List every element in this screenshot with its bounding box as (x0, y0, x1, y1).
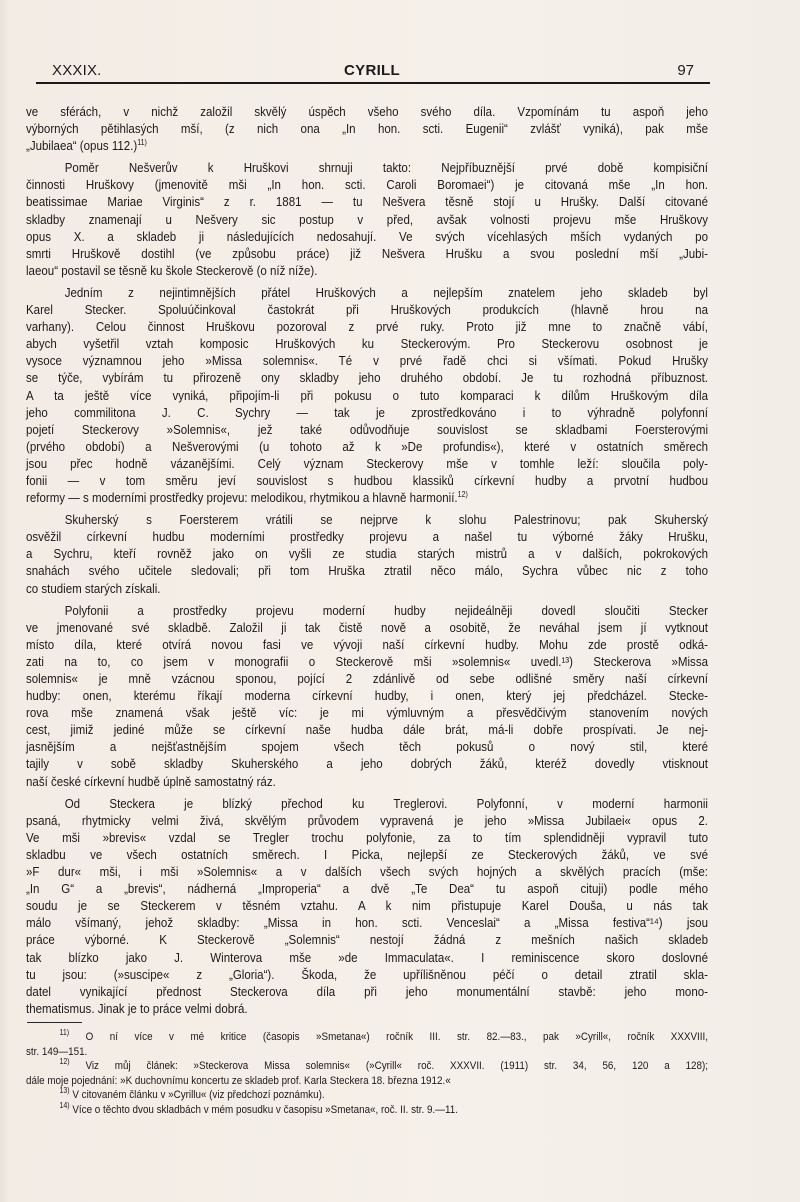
running-header: XXXIX. CYRILL 97 (36, 62, 708, 82)
text-line: jeho commilitona J. C. Sychry — tak je z… (26, 404, 708, 421)
text-line: solemnis« je mně vzácnou sponou, pojící … (26, 670, 708, 687)
text-line: jasnějším a nejšťastnějším spojem všech … (26, 738, 708, 755)
footnote-separator (27, 1022, 82, 1023)
text-line: »F dur« mši, i mši »Solemnis« a v dalšíc… (26, 863, 708, 880)
text-line: málo všímaný, jehož skladby: „Missa in h… (26, 914, 708, 931)
text-line: tajily v sobě skladby Skuherského a jeho… (26, 755, 708, 772)
text-line: výborných pětihlasých mší, (z nich ona „… (26, 120, 708, 137)
text-line: ve sférách, v nichž založil skvělý úspěc… (26, 103, 708, 120)
text-line: soudu je se Steckerem v těsném vztahu. A… (26, 897, 708, 914)
text-line: Karel Stecker. Spoluúčinkoval častokrát … (26, 301, 708, 318)
text-line: Poměr Nešverův k Hruškovi shrnuji takto:… (26, 159, 708, 176)
text-line: práce výborné. K Steckerově „Solemnis“ n… (26, 931, 708, 948)
journal-title: CYRILL (36, 62, 708, 79)
text-line: varhany). Celou činnost Hruškovu pozorov… (26, 318, 708, 335)
footnote-marker: 13) (59, 1086, 69, 1095)
text-line: Polyfonii a prostředky projevu moderní h… (26, 602, 708, 619)
text-line: se týče, vybírám tu přirozeně ony skladb… (26, 369, 708, 386)
footnote-14: 14) Více o těchto dvou skladbách v mém p… (26, 1103, 708, 1118)
text-line: vysoce významnou jeho »Missa solemnis«. … (26, 352, 708, 369)
text-line: místo díla, které otvírá novou fasi ve v… (26, 636, 708, 653)
text-line: pojetí Steckerovy »Solemnis«, jež také o… (26, 421, 708, 438)
footnote-line: 12) Viz můj článek: »Steckerova Missa so… (26, 1059, 708, 1074)
footnote-line: 11) O ní více v mé kritice (časopis »Sme… (26, 1030, 708, 1045)
paragraph: Poměr Nešverův k Hruškovi shrnuji takto:… (26, 159, 708, 279)
text-line: Od Steckera je blízký přechod ku Tregler… (26, 795, 708, 812)
footnotes: 11) O ní více v mé kritice (časopis »Sme… (26, 1030, 708, 1117)
text-line: psaná, rhytmicky velmi živá, skvělým prů… (26, 812, 708, 829)
text-line: „Jubilaea“ (opus 112.)11) (26, 137, 708, 154)
text-line: cest, jimiž jediné může se církevní naše… (26, 721, 708, 738)
text-line: fonii — v tom směru jeví souvislost s hu… (26, 472, 708, 489)
text-line: jsou přec hodně vázanějšími. Celý význam… (26, 455, 708, 472)
paragraph: ve sférách, v nichž založil skvělý úspěc… (26, 103, 708, 154)
text-line: datel vynikající přednost Steckerova díl… (26, 983, 708, 1000)
text-line: Skuherský s Foersterem vrátili se nejprv… (26, 511, 708, 528)
text-line: skladby znamenají u Nešvery sic postup v… (26, 211, 708, 228)
footnote-marker: 14) (59, 1101, 69, 1110)
footnote-ref[interactable]: 11) (137, 138, 147, 147)
text-line: thematismus. Jinak je to práce velmi dob… (26, 1000, 708, 1017)
footnote-13: 13) V citovaném článku v »Cyrillu« (viz … (26, 1088, 708, 1103)
text-line: beatissimae Mariae Virginis“ z r. 1881 —… (26, 193, 708, 210)
document-page: XXXIX. CYRILL 97 ve sférách, v nichž zal… (0, 0, 800, 1202)
footnote-12: 12) Viz můj článek: »Steckerova Missa so… (26, 1059, 708, 1088)
footnote-marker: 11) (59, 1028, 69, 1037)
paragraph: Jedním z nejintimnějších přátel Hruškový… (26, 284, 708, 506)
text-line: zati na to, co jsem v monografii o Steck… (26, 653, 708, 670)
paragraph: Polyfonii a prostředky projevu moderní h… (26, 602, 708, 790)
text-line: smrti Hruškově dostihl (ve způsobu práce… (26, 245, 708, 262)
text-line: rova mše znamená však ještě víc: je mi v… (26, 704, 708, 721)
footnote-line: str. 149—151. (26, 1045, 708, 1060)
text-line: skladbu ve všech ostatních směrech. I Pi… (26, 846, 708, 863)
text-line: činnosti Hruškovy (jmenovitě mši „In hon… (26, 176, 708, 193)
text-line: osvěžil církevní hudbu moderními prostře… (26, 528, 708, 545)
text-line: Ve mši »brevis« vzdal se Tregler trochu … (26, 829, 708, 846)
footnote-marker: 12) (59, 1057, 69, 1066)
text-line: laeou“ postavil se těsně ku škole Stecke… (26, 262, 708, 279)
text-line: naší české církevní hudbě úplně samostat… (26, 773, 708, 790)
text-line: snahách svého učitele sledovali; při tom… (26, 562, 708, 579)
footnote-line: dále moje pojednání: »K duchovnímu konce… (26, 1074, 708, 1089)
header-rule (36, 82, 710, 84)
page-number: 97 (677, 62, 694, 79)
paragraph: Od Steckera je blízký přechod ku Tregler… (26, 795, 708, 1017)
footnote-11: 11) O ní více v mé kritice (časopis »Sme… (26, 1030, 708, 1059)
text-line: ve jmenované své skladbě. Založil ji tak… (26, 619, 708, 636)
text-line: (prvého období) a Nešverovými (u tohoto … (26, 438, 708, 455)
main-text: ve sférách, v nichž založil skvělý úspěc… (26, 103, 708, 1017)
footnote-line: 13) V citovaném článku v »Cyrillu« (viz … (26, 1088, 708, 1103)
text-line: „In G“ a „brevis“, nádherná „Improperia“… (26, 880, 708, 897)
text-line: a Sychru, kteří rovněž jako on vyšli ze … (26, 545, 708, 562)
text-line: tu jsou: (»suscipe« z „Gloria“). Škoda, … (26, 966, 708, 983)
text-line: Jedním z nejintimnějších přátel Hruškový… (26, 284, 708, 301)
text-line: co studiem starých získali. (26, 580, 708, 597)
footnote-ref[interactable]: 12) (458, 490, 468, 499)
text-line: opus X. a skladeb ji následujících nedos… (26, 228, 708, 245)
text-line: tak blízko jako J. Winterova mše »de Imm… (26, 949, 708, 966)
text-line: reformy — s moderními prostředky projevu… (26, 489, 708, 506)
text-line: hudby: onen, kterému říkají moderna círk… (26, 687, 708, 704)
text-line: abych vyšetřil vztah komposic Hruškových… (26, 335, 708, 352)
text-line: A ta ještě více vyniká, připojím-li při … (26, 387, 708, 404)
footnote-line: 14) Více o těchto dvou skladbách v mém p… (26, 1103, 708, 1118)
paragraph: Skuherský s Foersterem vrátili se nejprv… (26, 511, 708, 596)
